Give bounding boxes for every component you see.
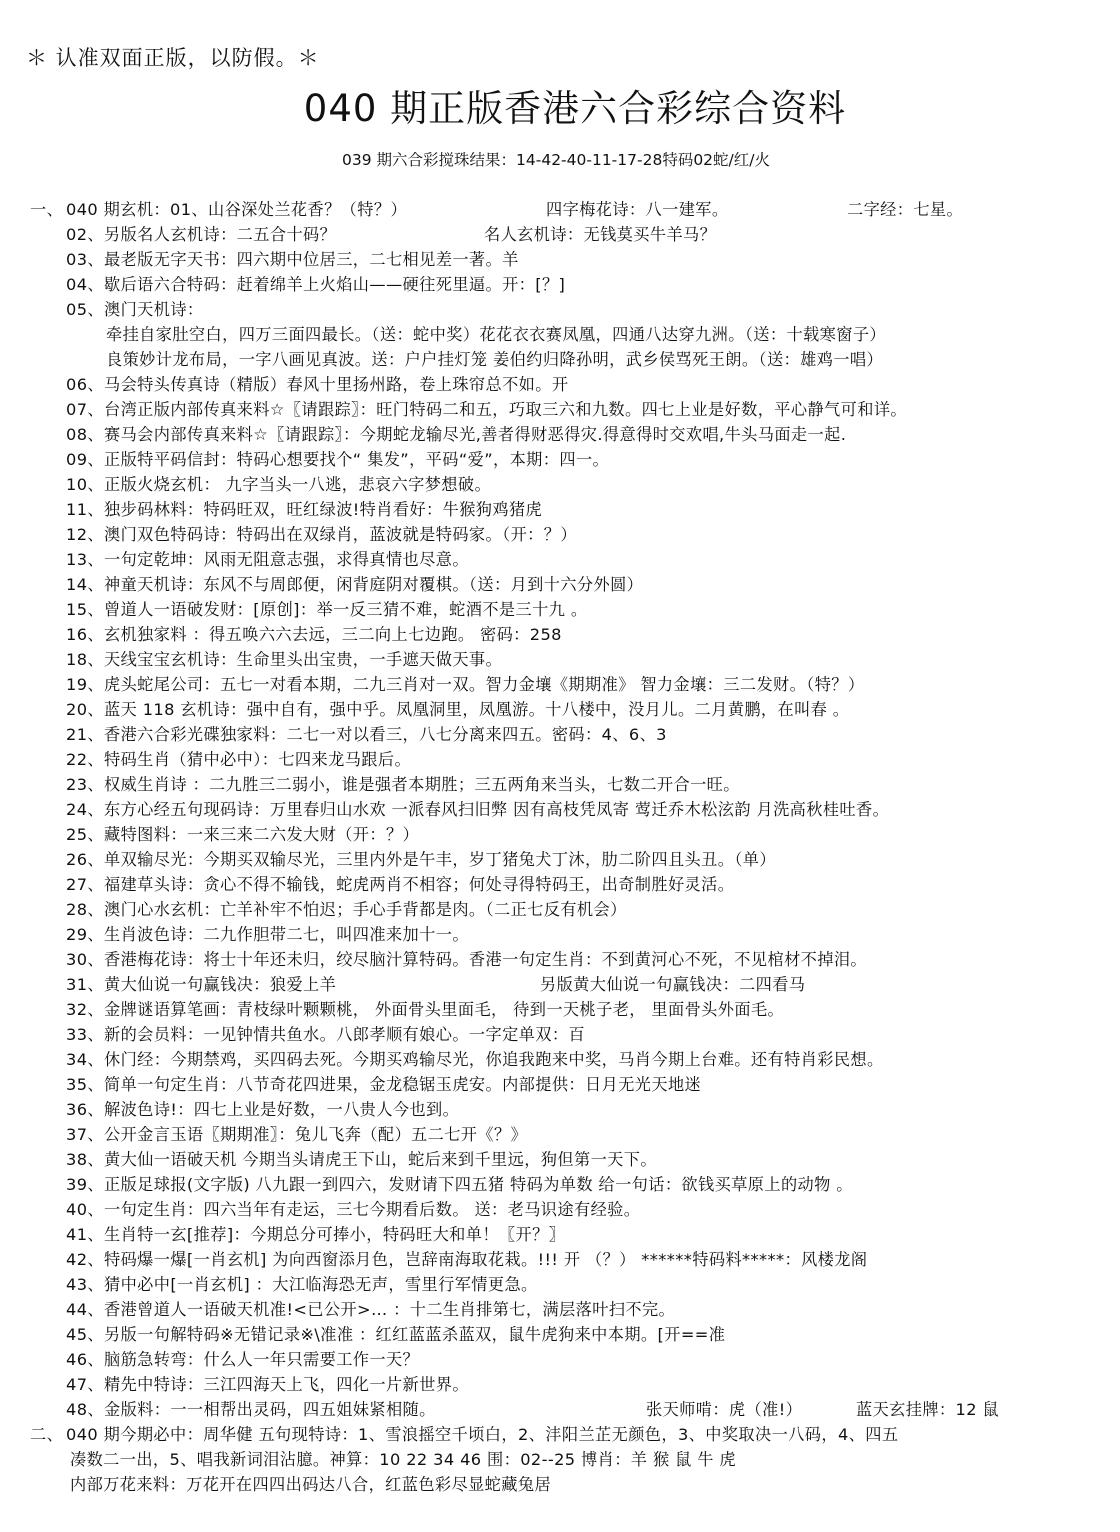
anti-counterfeit-notice: ＊ 认准双面正版，以防假。＊ xyxy=(26,42,320,72)
list-item-21: 21、香港六合彩光碟独家料：二七一对以看三，八七分离来四五。密码：4、6、3 xyxy=(66,725,667,745)
list-item-42: 42、特码爆一爆[一肖玄机] 为向西窗添月色，岂辞南海取花栽。!!! 开 （？）… xyxy=(66,1250,867,1270)
list-item-05-poem-line-2: 良策妙计龙布局，一字八画见真波。送：户户挂灯笼 姜伯约归降孙明，武乡侯骂死王朗。… xyxy=(106,350,883,370)
list-item-44: 44、香港曾道人一语破天机准!<已公开>… ：十二生肖排第七，满层落叶扫不完。 xyxy=(66,1300,675,1320)
item-text: 31、黄大仙说一句赢钱决：狼爱上羊 xyxy=(66,975,336,995)
list-item-05-poem-line-1: 牵挂自家肚空白，四万三面四最长。（送：蛇中奖）花花衣衣赛凤凰，四通八达穿九洲。（… xyxy=(106,325,886,345)
list-item-12: 12、澳门双色特码诗：特码出在双绿肖，蓝波就是特码家。（开：？） xyxy=(66,525,577,545)
item-extra: 蓝天玄挂牌：12 鼠 xyxy=(856,1400,999,1420)
list-item-34: 34、休门经：今期禁鸡，买四码去死。今期买鸡输尽光，你追我跑来中奖，马肖今期上台… xyxy=(66,1050,884,1070)
list-item-14: 14、神童天机诗：东风不与周郎便，闲背庭阴对覆棋。（送：月到十六分外圆） xyxy=(66,575,643,595)
list-item-39: 39、正版足球报(文字版) 八九跟一到四六，发财请下四五猪 特码为单数 给一句话… xyxy=(66,1175,853,1195)
list-item-05: 05、澳门天机诗： xyxy=(66,300,204,320)
list-item-06: 06、马会特头传真诗（精版）春风十里扬州路，卷上珠帘总不如。开 xyxy=(66,375,568,395)
item-extra: 名人玄机诗：无钱莫买牛羊马？ xyxy=(484,225,716,245)
list-item-37: 37、公开金言玉语〖期期准〗：兔儿飞奔（配）五二七开《？》 xyxy=(66,1125,527,1145)
list-item-29: 29、生肖波色诗：二九作胆带二七，叫四准来加十一。 xyxy=(66,925,469,945)
list-item-10: 10、正版火烧玄机： 九字当头一八逃，悲哀六字梦想破。 xyxy=(66,475,491,495)
list-item-35: 35、简单一句定生肖：八节奇花四进果，金龙稳锯玉虎安。内部提供：日月无光天地迷 xyxy=(66,1075,701,1095)
previous-draw-result: 039 期六合彩搅珠结果：14-42-40-11-17-28特码02蛇/红/火 xyxy=(342,148,770,170)
list-item-23: 23、权威生肖诗 ：二九胜三二弱小，谁是强者本期胜；三五两角来当头，七数二开合一… xyxy=(66,775,740,795)
list-item-28: 28、澳门心水玄机：亡羊补牢不怕迟；手心手背都是肉。（二正七反有机会） xyxy=(66,900,627,920)
list-item-24: 24、东方心经五句现码诗：万里春归山水欢 一派春风扫旧弊 因有高枝凭凤寄 莺迁乔… xyxy=(66,800,889,820)
list-item-25: 25、藏特图料：一来三来二六发大财（开：？） xyxy=(66,825,419,845)
list-item-16: 16、玄机独家料 ：得五唤六六去远，三二向上七边跑。 密码：258 xyxy=(66,625,562,645)
section-2-line-3: 内部万花来料：万花开在四四出码达八合，红蓝色彩尽显蛇藏兔居 xyxy=(70,1475,551,1495)
list-item-33: 33、新的会员料：一见钟情共鱼水。八郎孝顺有娘心。一字定单双：百 xyxy=(66,1025,585,1045)
page-title: 040 期正版香港六合彩综合资料 xyxy=(0,78,1120,132)
list-item-40: 40、一句定生肖：四六当年有走运，三七今期看后数。 送：老马识途有经验。 xyxy=(66,1200,640,1220)
list-item-09: 09、正版特平码信封：特码心想要找个“ 集发”，平码“爱”，本期：四一。 xyxy=(66,450,609,470)
item-extra: 二字经：七星。 xyxy=(847,200,963,220)
list-item-08: 08、赛马会内部传真来料☆〖请跟踪〗：今期蛇龙输尽光,善者得财恶得灾.得意得时交… xyxy=(66,425,846,445)
list-item-03: 03、最老版无字天书：四六期中位居三，二七相见差一著。羊 xyxy=(66,250,519,270)
list-item-04: 04、歇后语六合特码：赶着绵羊上火焰山——硬往死里逼。开：[？] xyxy=(66,275,565,295)
item-extra: 张天师啃：虎（准!） xyxy=(646,1400,802,1420)
list-item-30: 30、香港梅花诗：将士十年还未归，绞尽脑汁算特码。香港一句定生肖：不到黄河心不死… xyxy=(66,950,867,970)
list-item-11: 11、独步码林料：特码旺双，旺红绿波!特肖看好：牛猴狗鸡猪虎 xyxy=(66,500,542,520)
list-item-22: 22、特码生肖（猜中必中）：七四来龙马跟后。 xyxy=(66,750,411,770)
section-2-marker: 二、 xyxy=(30,1425,63,1445)
item-text: 040 期玄机：01、山谷深处兰花香？（特？） xyxy=(66,200,407,220)
list-item-43: 43、猜中必中[一肖玄机] ：大江临海恐无声，雪里行军情更急。 xyxy=(66,1275,538,1295)
list-item-26: 26、单双输尽光：今期买双输尽光，三里内外是午丰，岁丁猪兔犬丁沐，肋二阶四且头丑… xyxy=(66,850,776,870)
list-item-20: 20、蓝天 118 玄机诗：强中自有，强中乎。凤凰洞里，凤凰游。十八楼中，没月儿… xyxy=(66,700,849,720)
list-item-36: 36、解波色诗!：四七上业是好数，一八贵人今也到。 xyxy=(66,1100,459,1120)
section-2-line-1: 040 期今期必中：周华健 五句现特诗：1、雪浪摇空千顷白，2、沣阳兰芷无颜色，… xyxy=(66,1425,898,1445)
list-item-38: 38、黄大仙一语破天机 今期当头请虎王下山，蛇后来到千里远，狗但第一天下。 xyxy=(66,1150,657,1170)
item-extra: 四字梅花诗：八一建军。 xyxy=(546,200,728,220)
section-2-line-2: 凑数二一出，5、唱我新词泪沾臆。神算：10 22 34 46 围：02--25 … xyxy=(70,1450,736,1470)
section-1-marker: 一、 xyxy=(30,200,63,220)
list-item-27: 27、福建草头诗：贪心不得不输钱，蛇虎两肖不相容；何处寻得特码王，出奇制胜好灵活… xyxy=(66,875,734,895)
item-extra: 另版黄大仙说一句赢钱决：二四看马 xyxy=(540,975,805,995)
list-item-07: 07、台湾正版内部传真来料☆〖请跟踪〗：旺门特码二和五，巧取三六和九数。四七上业… xyxy=(66,400,907,420)
list-item-46: 46、脑筋急转弯：什么人一年只需要工作一天？ xyxy=(66,1350,419,1370)
item-text: 48、金版料：一一相帮出灵码，四五姐妹紧相随。 xyxy=(66,1400,436,1420)
list-item-45: 45、另版一句解特码※无错记录※\准准 ：红红蓝蓝杀蓝双，鼠牛虎狗来中本期。[开… xyxy=(66,1325,725,1345)
list-item-32: 32、金牌谜语算笔画：青枝绿叶颗颗桃， 外面骨头里面毛， 待到一天桃子老， 里面… xyxy=(66,1000,784,1020)
list-item-41: 41、生肖特一玄[推荐]：今期总分可捧小，特码旺大和单！〖开？〗 xyxy=(66,1225,565,1245)
list-item-13: 13、一句定乾坤：风雨无阻意志强，求得真情也尽意。 xyxy=(66,550,469,570)
list-item-19: 19、虎头蛇尾公司：五七一对看本期，二九三肖对一双。智力金壤《期期准》 智力金壤… xyxy=(66,675,864,695)
list-item-15: 15、曾道人一语破发财：[原创]：举一反三猜不难，蛇酒不是三十九 。 xyxy=(66,600,587,620)
list-item-47: 47、精先中特诗：三江四海天上飞，四化一片新世界。 xyxy=(66,1375,469,1395)
list-item-18: 18、天线宝宝玄机诗：生命里头出宝贵，一手遮天做天事。 xyxy=(66,650,502,670)
item-text: 02、另版名人玄机诗：二五合十码？ xyxy=(66,225,336,245)
